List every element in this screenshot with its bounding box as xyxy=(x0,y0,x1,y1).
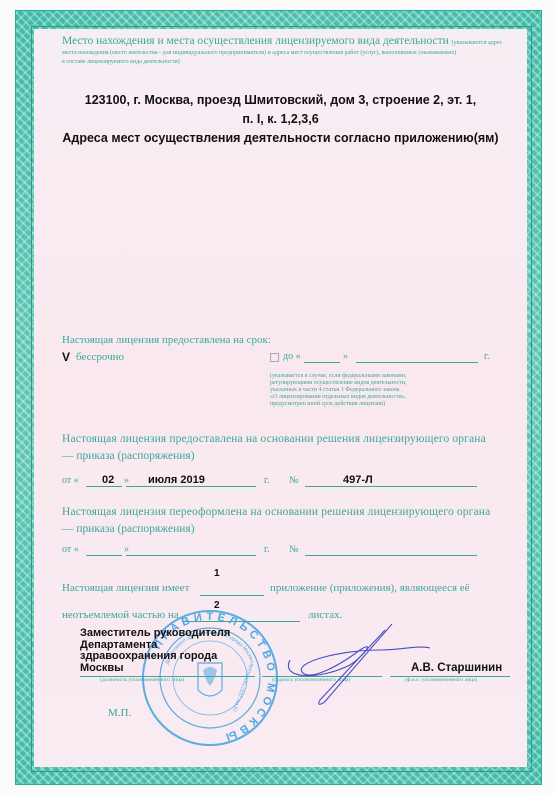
location-heading: Место нахождения и места осуществления л… xyxy=(62,35,502,47)
basis-year-suffix: г. xyxy=(264,475,269,486)
until-day-line xyxy=(304,362,340,363)
indefinite-option-label: бессрочно xyxy=(76,351,124,363)
reissue-number-line xyxy=(305,555,477,556)
basis-number-line xyxy=(305,486,477,487)
basis-day-line xyxy=(86,486,122,487)
basis-quote-close: » xyxy=(124,475,129,486)
signer-position-line3: здравоохранения города xyxy=(80,651,230,663)
location-heading-text: Место нахождения и места осуществления л… xyxy=(62,35,449,47)
appendix-count: 1 xyxy=(214,568,220,579)
reissue-month-line xyxy=(126,555,256,556)
signer-position: Заместитель руководителя Департамента зд… xyxy=(80,628,230,674)
appendix-count-line xyxy=(200,595,264,596)
basis-from-label: от « xyxy=(62,475,79,486)
location-note-line3: в составе лицензируемого вида деятельнос… xyxy=(62,59,180,66)
reissue-year-suffix: г. xyxy=(264,544,269,555)
until-note-4: «О лицензировании отдельных видов деятел… xyxy=(270,394,406,401)
handwritten-signature xyxy=(280,610,430,710)
basis-heading-line2: — приказа (распоряжения) xyxy=(62,450,195,462)
until-mid: » xyxy=(343,351,348,362)
location-note-line2: места нахождения (место жительства - для… xyxy=(62,50,456,57)
until-date-line xyxy=(356,362,478,363)
until-prefix: до « xyxy=(283,351,301,362)
reissue-quote-close: » xyxy=(124,544,129,555)
address-line-2: п. I, к. 1,2,3,6 xyxy=(34,112,527,126)
basis-number-label: № xyxy=(289,475,299,486)
until-checkbox xyxy=(270,353,279,362)
basis-month-year: июля 2019 xyxy=(148,474,205,486)
reissue-number-label: № xyxy=(289,544,299,555)
until-suffix: г. xyxy=(484,351,489,362)
reissue-from-label: от « xyxy=(62,544,79,555)
basis-month-line xyxy=(126,486,256,487)
term-heading: Настоящая лицензия предоставлена на срок… xyxy=(62,334,271,346)
basis-day: 02 xyxy=(102,474,114,486)
signer-name: А.В. Старшинин xyxy=(411,662,502,674)
location-heading-note: (указываются адрес xyxy=(452,40,503,46)
reissue-day-line xyxy=(86,555,122,556)
until-note-3: указанных в части 4 статьи 1 Федеральног… xyxy=(270,387,399,394)
signer-position-line1: Заместитель руководителя xyxy=(80,628,230,640)
reissue-heading-line2: — приказа (распоряжения) xyxy=(62,523,195,535)
basis-heading-line1: Настоящая лицензия предоставлена на осно… xyxy=(62,433,486,445)
reissue-heading-line1: Настоящая лицензия переоформлена на осно… xyxy=(62,506,490,518)
until-note-2: регулирующими осуществление видов деятел… xyxy=(270,380,407,387)
appendix-line1-suffix: приложение (приложения), являющееся её xyxy=(270,582,470,594)
signer-position-line4: Москвы xyxy=(80,663,230,675)
appendix-line1-prefix: Настоящая лицензия имеет xyxy=(62,582,189,594)
address-line-3: Адреса мест осуществления деятельности с… xyxy=(34,131,527,145)
until-note-1: (указывается в случае, если федеральными… xyxy=(270,373,407,380)
indefinite-check-mark: V xyxy=(62,350,70,364)
basis-number: 497-Л xyxy=(343,474,373,486)
address-line-1: 123100, г. Москва, проезд Шмитовский, до… xyxy=(34,93,527,107)
until-note-5: предусмотрен иной срок действия лицензии… xyxy=(270,401,385,408)
seal-label: М.П. xyxy=(108,707,131,719)
